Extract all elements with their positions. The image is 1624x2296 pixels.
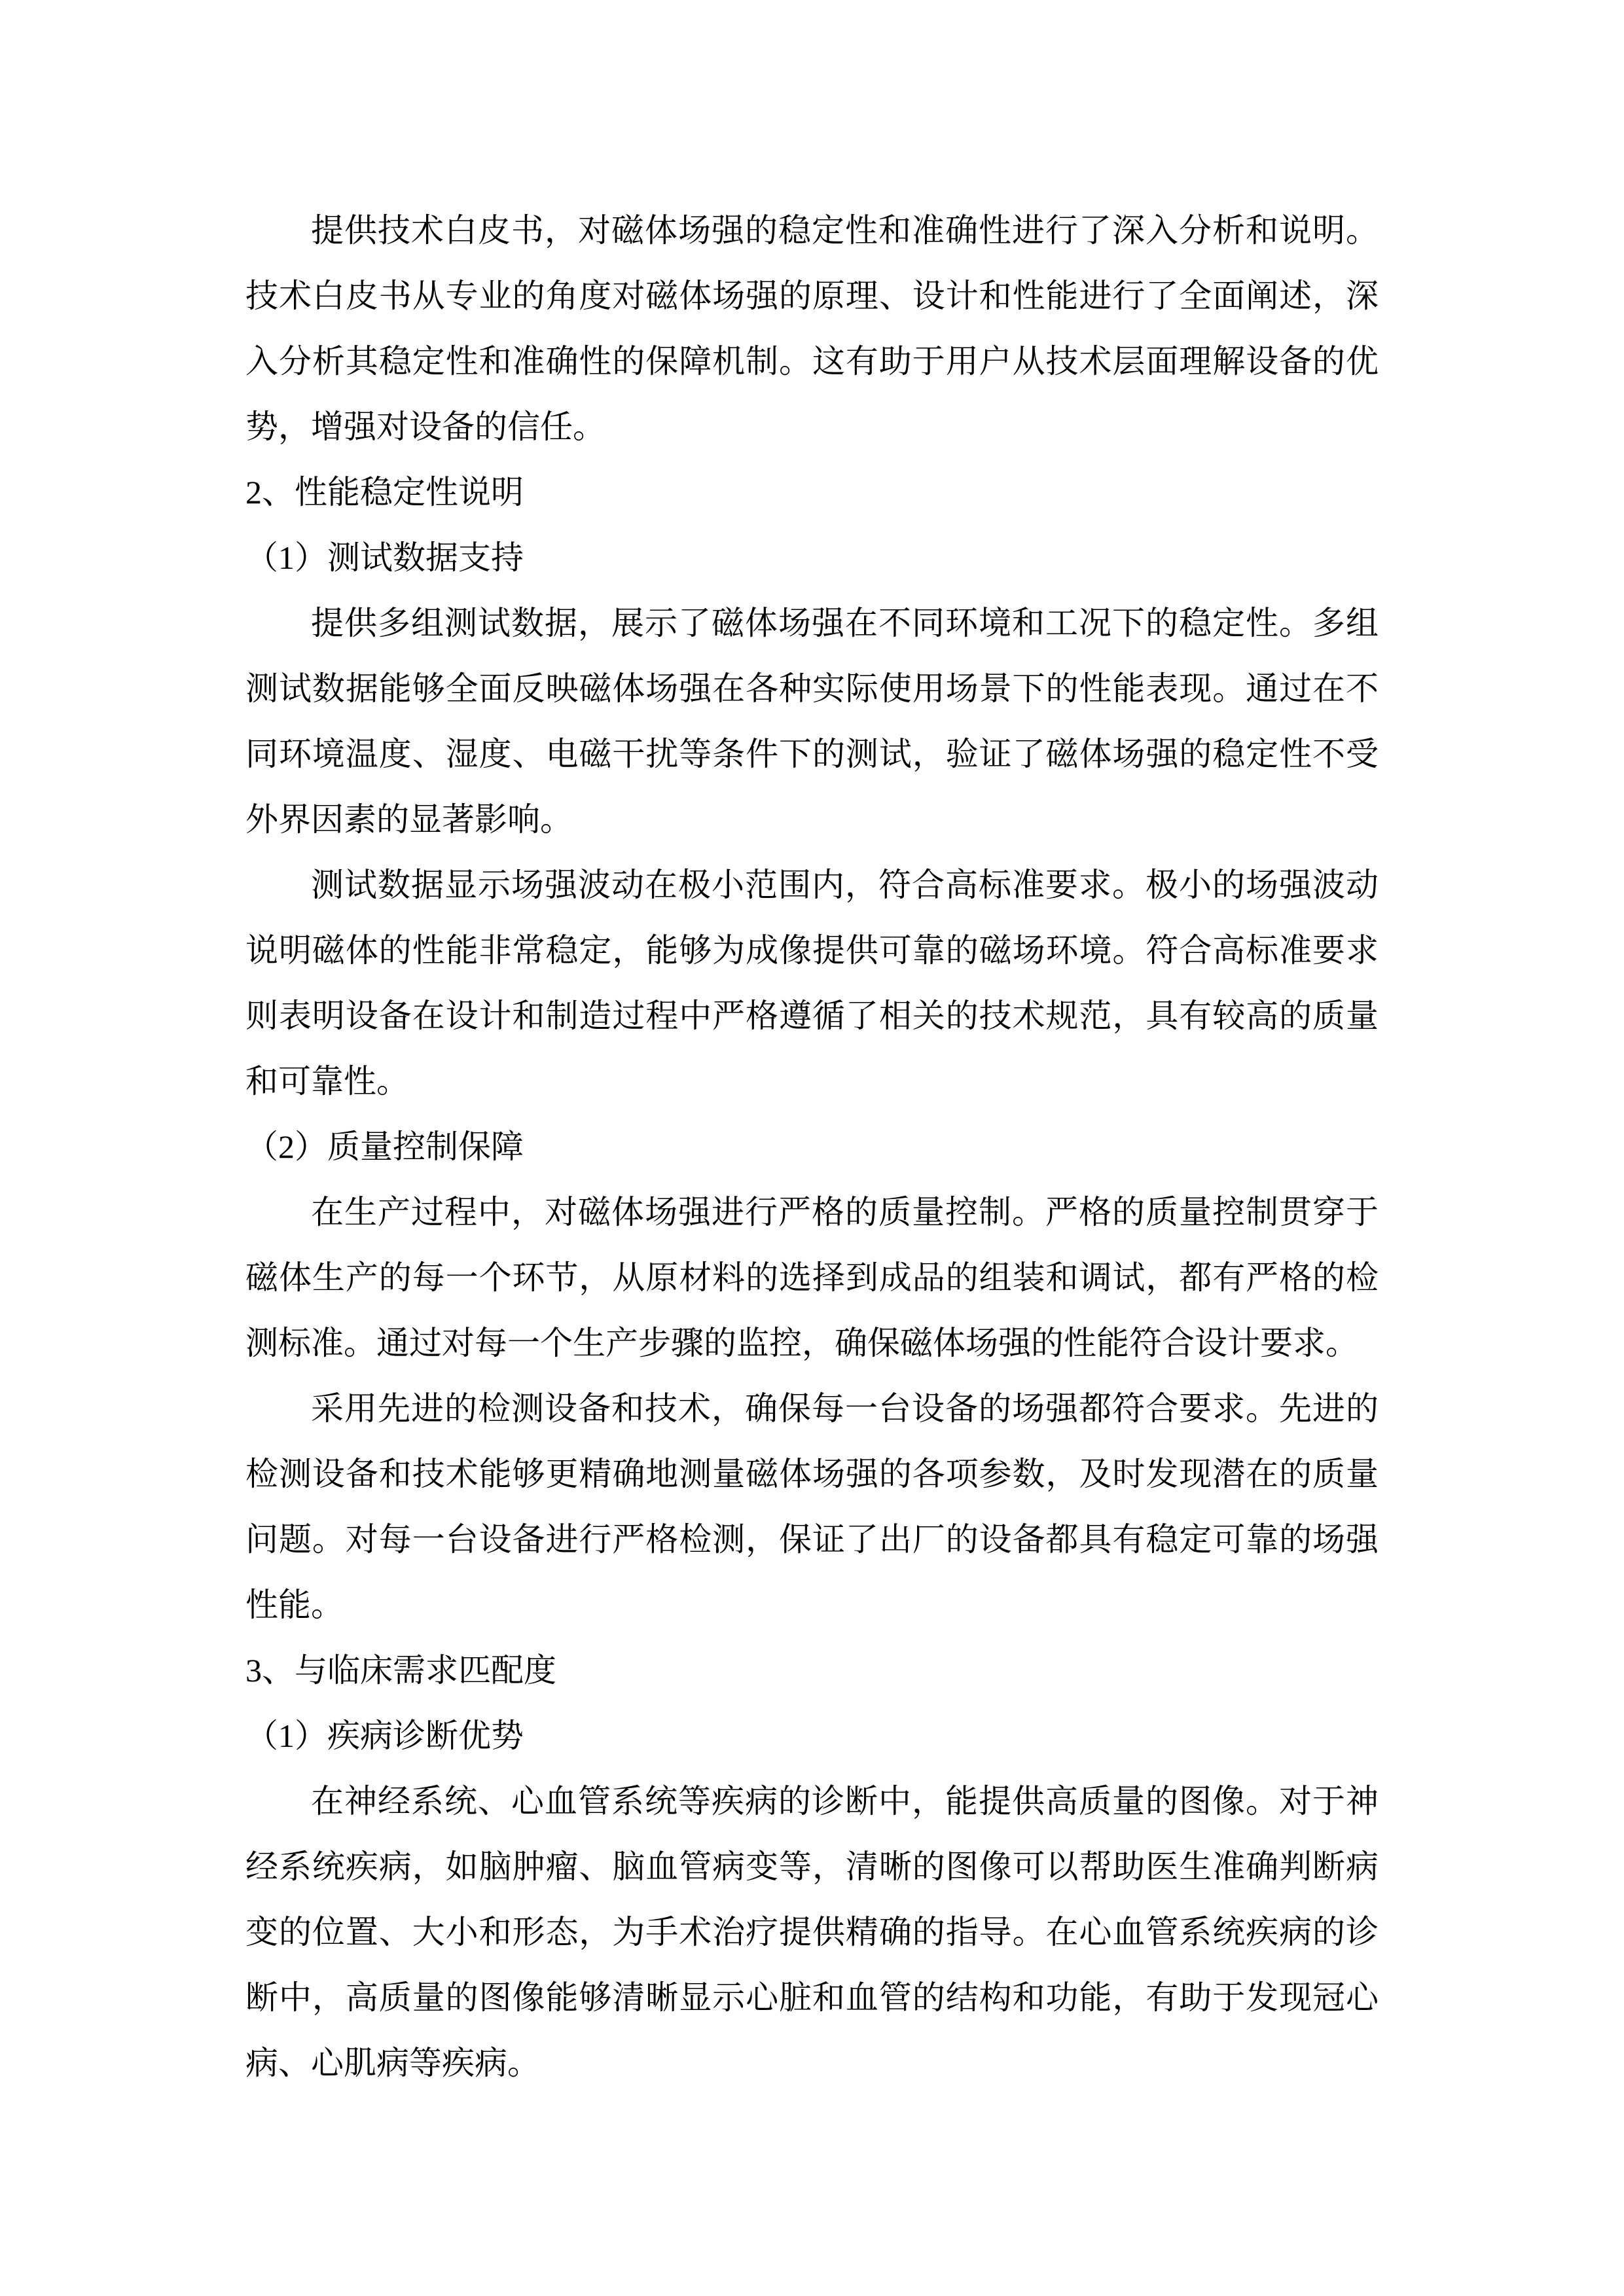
paragraph: 提供技术白皮书，对磁体场强的稳定性和准确性进行了深入分析和说明。技术白皮书从专业… [245, 198, 1379, 459]
paragraph: 提供多组测试数据，展示了磁体场强在不同环境和工况下的稳定性。多组测试数据能够全面… [245, 590, 1379, 852]
section-heading: （1）疾病诊断优势 [245, 1703, 1379, 1768]
paragraph: 在神经系统、心血管系统等疾病的诊断中，能提供高质量的图像。对于神经系统疾病，如脑… [245, 1768, 1379, 2096]
document-page: 提供技术白皮书，对磁体场强的稳定性和准确性进行了深入分析和说明。技术白皮书从专业… [0, 0, 1624, 2296]
section-heading: 3、与临床需求匹配度 [245, 1638, 1379, 1703]
section-heading: （1）测试数据支持 [245, 525, 1379, 590]
paragraph: 测试数据显示场强波动在极小范围内，符合高标准要求。极小的场强波动说明磁体的性能非… [245, 852, 1379, 1114]
paragraph: 采用先进的检测设备和技术，确保每一台设备的场强都符合要求。先进的检测设备和技术能… [245, 1376, 1379, 1638]
section-heading: 2、性能稳定性说明 [245, 459, 1379, 525]
paragraph: 在生产过程中，对磁体场强进行严格的质量控制。严格的质量控制贯穿于磁体生产的每一个… [245, 1179, 1379, 1376]
document-body: 提供技术白皮书，对磁体场强的稳定性和准确性进行了深入分析和说明。技术白皮书从专业… [245, 198, 1379, 2096]
section-heading: （2）质量控制保障 [245, 1114, 1379, 1179]
